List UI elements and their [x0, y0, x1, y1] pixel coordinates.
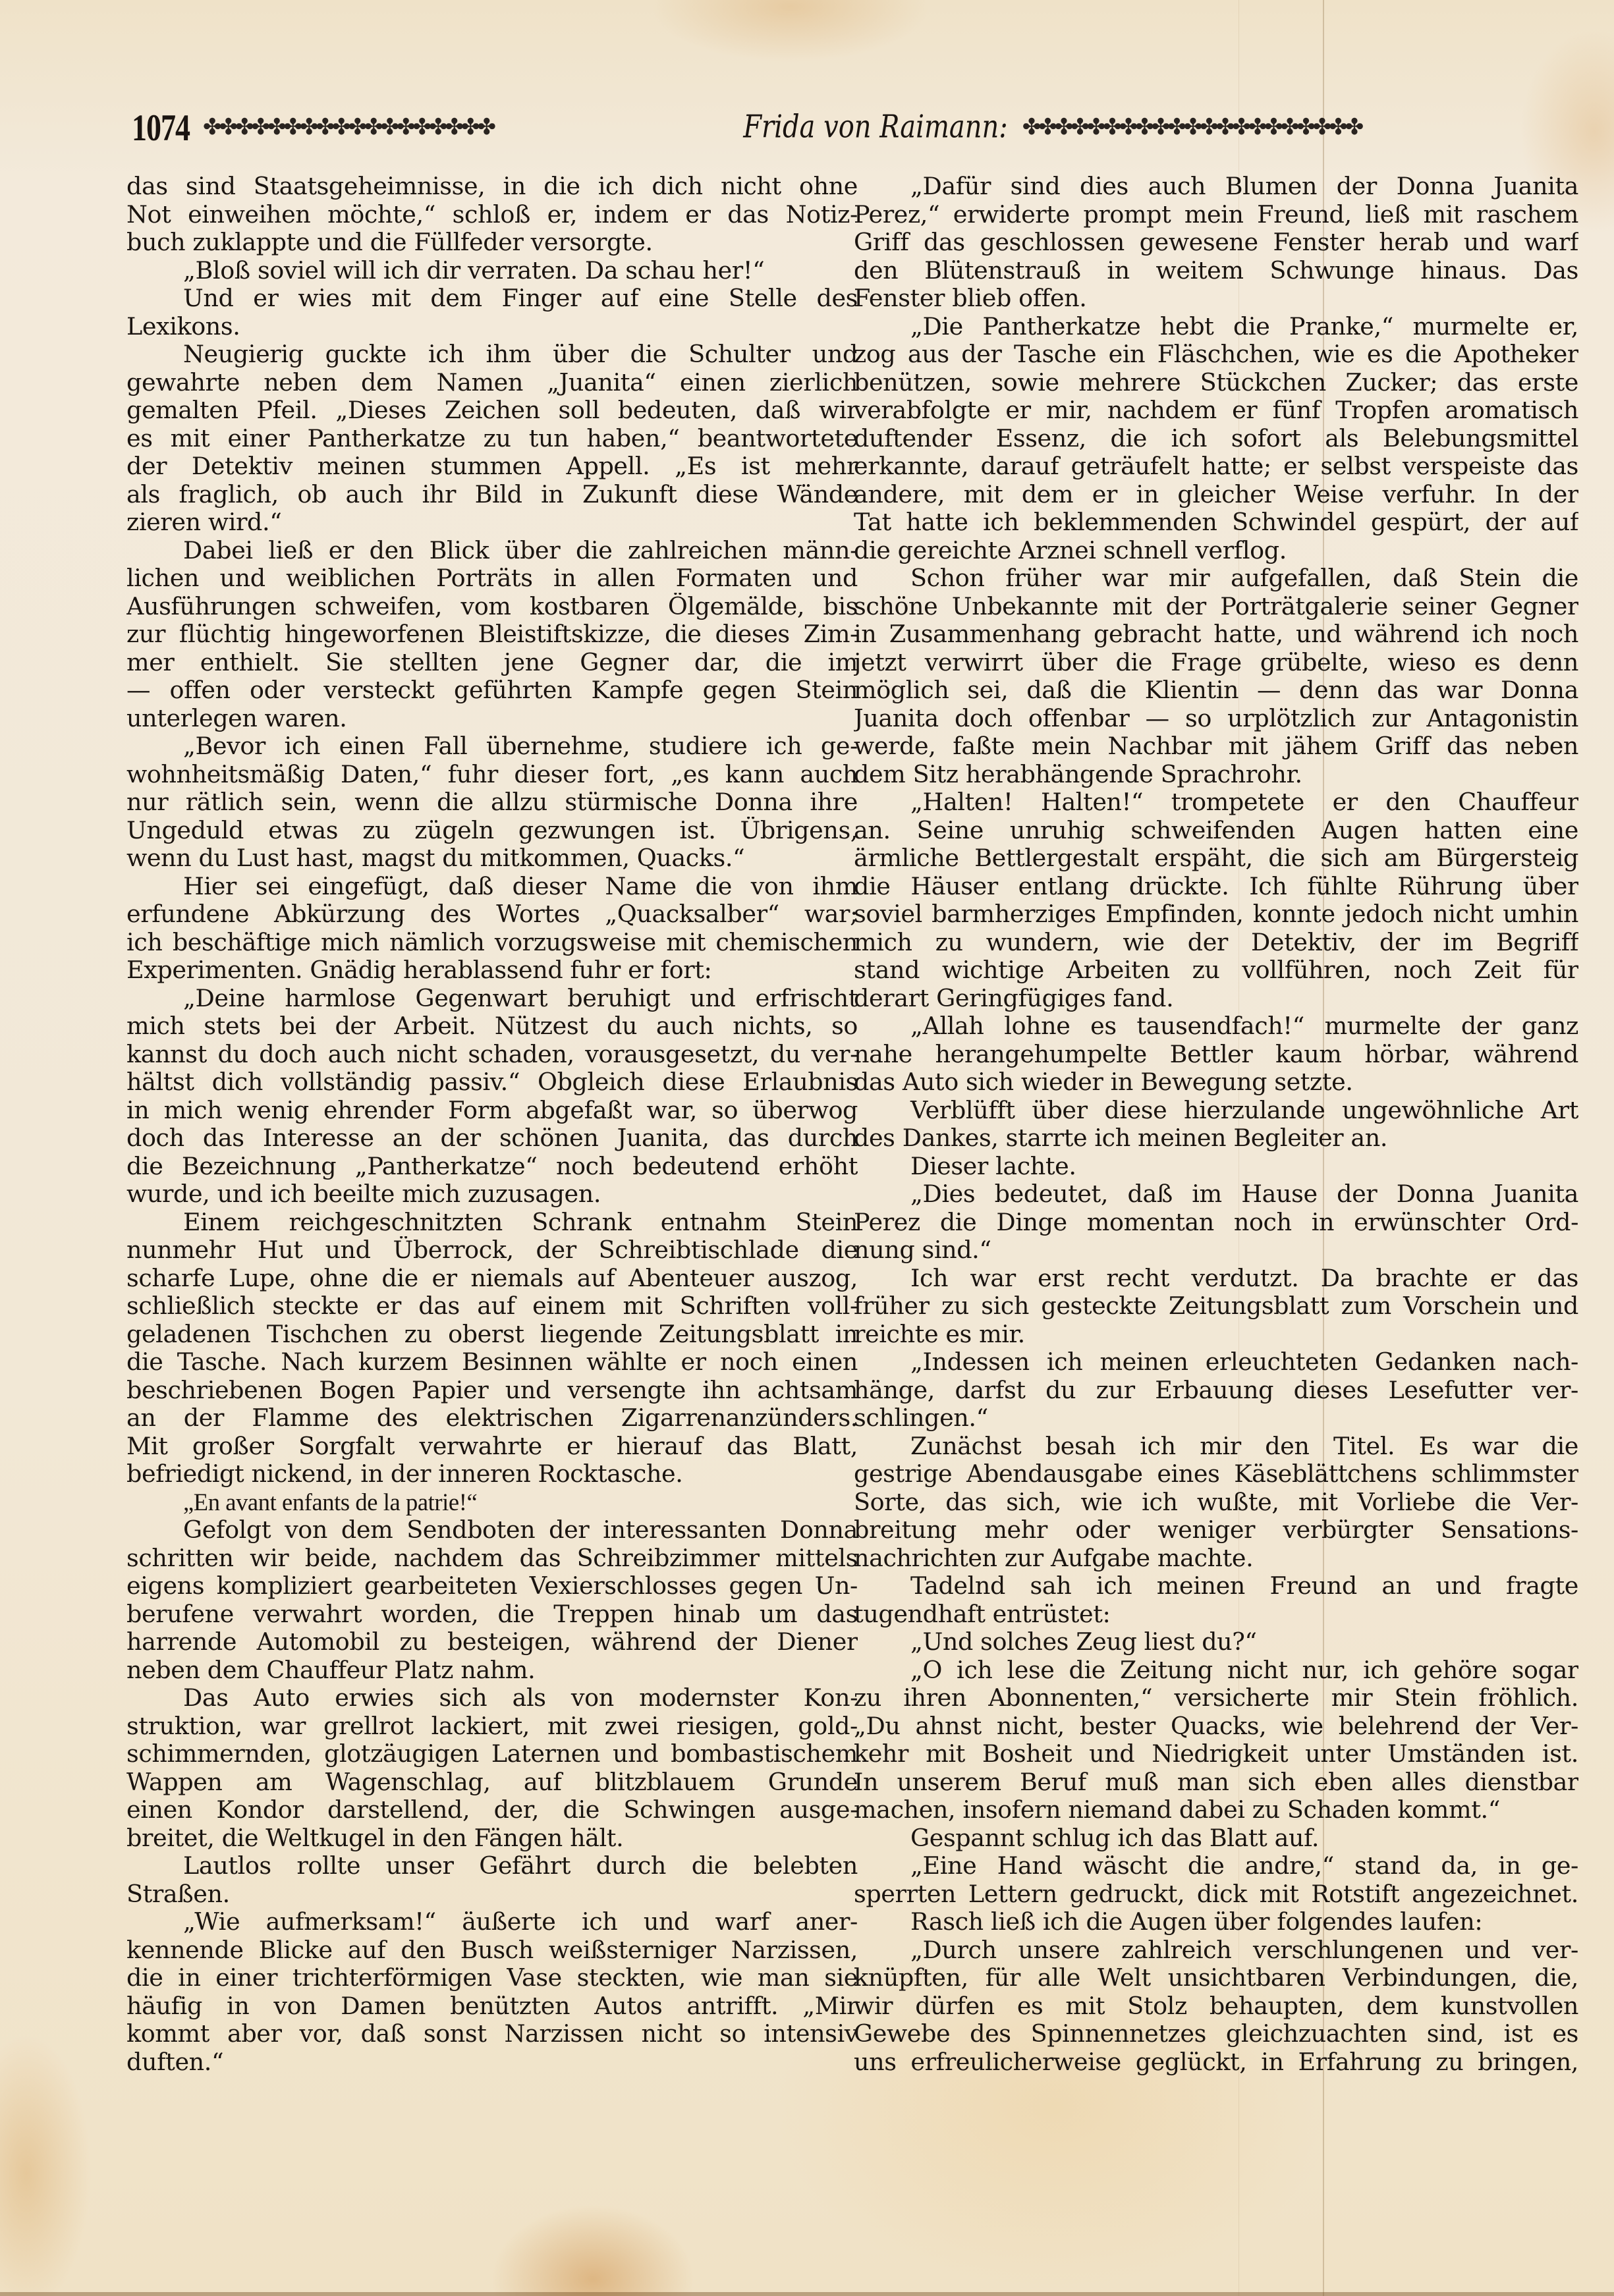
text-line: Dabei ließ er den Blick über die zahlrei… [126, 537, 858, 565]
text-line: „O ich lese die Zeitung nicht nur, ich g… [854, 1656, 1578, 1685]
text-line: eigens kompliziert gearbeiteten Vexiersc… [126, 1572, 858, 1600]
text-column-left: das sind Staatsgeheimnisse, in die ich d… [126, 173, 858, 2076]
flower-ornament-icon: ✤ [235, 114, 252, 140]
flower-ornament-icon: ✤ [1135, 114, 1152, 140]
text-line: Lexikons. [126, 313, 858, 341]
text-line: knüpften, für alle Welt unsichtbaren Ver… [854, 1964, 1578, 1992]
text-line: mer enthielt. Sie stellten jene Gegner d… [126, 649, 858, 677]
text-line: Wappen am Wagenschlag, auf blitzblauem G… [126, 1768, 858, 1797]
text-line: soviel barmherziges Empfinden, konnte je… [854, 900, 1578, 929]
text-line: als fraglich, ob auch ihr Bild in Zukunf… [126, 481, 858, 509]
text-line: reichte es mir. [854, 1321, 1578, 1349]
text-line: mich stets bei der Arbeit. Nützest du au… [126, 1012, 858, 1041]
text-line: Ausführungen schweifen, vom kostbaren Öl… [126, 593, 858, 621]
text-line: die in einer trichterförmigen Vase steck… [126, 1964, 858, 1992]
text-line: an. Seine unruhig schweifenden Augen hat… [854, 817, 1578, 845]
flower-ornament-rule-left: ✤✤✤✤✤✤✤✤✤✤✤✤✤✤✤✤✤✤ [203, 114, 729, 140]
flower-ornament-icon: ✤ [445, 114, 462, 140]
text-line: benützen, sowie mehrere Stückchen Zucker… [854, 369, 1578, 397]
text-line: neben dem Chauffeur Platz nahm. [126, 1656, 858, 1685]
flower-ornament-icon: ✤ [381, 114, 397, 140]
text-line: es mit einer Pantherkatze zu tun haben,“… [126, 425, 858, 453]
text-line: Hier sei eingefügt, daß dieser Name die … [126, 873, 858, 901]
text-line: kannst du doch auch nicht schaden, vorau… [126, 1041, 858, 1069]
text-line: hältst dich vollständig passiv.“ Obgleic… [126, 1068, 858, 1097]
flower-ornament-icon: ✤ [1329, 114, 1345, 140]
text-line: Gespannt schlug ich das Blatt auf. [854, 1824, 1578, 1853]
text-line: zieren wird.“ [126, 508, 858, 537]
text-line: buch zuklappte und die Füllfeder versorg… [126, 229, 858, 257]
text-line: Das Auto erwies sich als von modernster … [126, 1684, 858, 1712]
text-line: erfundene Abkürzung des Wortes „Quacksal… [126, 900, 858, 929]
flower-ornament-icon: ✤ [1264, 114, 1281, 140]
flower-ornament-icon: ✤ [267, 114, 284, 140]
text-line: kennende Blicke auf den Busch weißsterni… [126, 1936, 858, 1965]
text-line: befriedigt nickend, in der inneren Rockt… [126, 1460, 858, 1489]
text-line: unterlegen waren. [126, 705, 858, 733]
flower-ornament-icon: ✤ [1087, 114, 1103, 140]
text-line: stand wichtige Arbeiten zu vollführen, n… [854, 956, 1578, 985]
flower-ornament-icon: ✤ [1200, 114, 1216, 140]
text-line: breitung mehr oder weniger verbürgter Se… [854, 1516, 1578, 1544]
text-line: „Indessen ich meinen erleuchteten Gedank… [854, 1348, 1578, 1377]
text-line: Experimenten. Gnädig herablassend fuhr e… [126, 956, 858, 985]
flower-ornament-icon: ✤ [1167, 114, 1184, 140]
text-line: der Detektiv meinen stummen Appell. „Es … [126, 452, 858, 481]
text-line: möglich sei, daß die Klientin — denn das… [854, 676, 1578, 705]
text-line: „Dafür sind dies auch Blumen der Donna J… [854, 173, 1578, 201]
flower-ornament-icon: ✤ [332, 114, 348, 140]
flower-ornament-icon: ✤ [348, 114, 365, 140]
text-line: „En avant enfants de la patrie!“ [126, 1489, 858, 1517]
text-line: „Deine harmlose Gegenwart beruhigt und e… [126, 985, 858, 1013]
flower-ornament-icon: ✤ [1248, 114, 1265, 140]
text-line: „Bloß soviel will ich dir verraten. Da s… [126, 257, 858, 285]
text-line: zu ihren Abonnenten,“ versicherte mir St… [854, 1684, 1578, 1712]
text-line: die Bezeichnung „Pantherkatze“ noch bede… [126, 1153, 858, 1181]
text-line: verabfolgte er mir, nachdem er fünf Trop… [854, 396, 1578, 425]
running-title: Frida von Raimann: [743, 109, 1007, 145]
text-line: ich beschäftige mich nämlich vorzugsweis… [126, 929, 858, 957]
flower-ornament-icon: ✤ [1296, 114, 1313, 140]
text-line: uns erfreulicherweise geglückt, in Erfah… [854, 2048, 1578, 2077]
flower-ornament-icon: ✤ [1216, 114, 1233, 140]
text-line: lichen und weiblichen Porträts in allen … [126, 564, 858, 593]
text-line: nung sind.“ [854, 1236, 1578, 1265]
text-line: nunmehr Hut und Überrock, der Schreibtis… [126, 1236, 858, 1265]
text-line: „Durch unsere zahlreich verschlungenen u… [854, 1936, 1578, 1965]
text-line: geladenen Tischchen zu oberst liegende Z… [126, 1321, 858, 1349]
text-line: Fenster blieb offen. [854, 285, 1578, 313]
text-line: nachrichten zur Aufgabe machte. [854, 1544, 1578, 1573]
flower-ornament-icon: ✤ [1184, 114, 1200, 140]
text-line: an der Flamme des elektrischen Zigarrena… [126, 1404, 858, 1433]
text-line: den Blütenstrauß in weitem Schwunge hina… [854, 257, 1578, 285]
text-line: scharfe Lupe, ohne die er niemals auf Ab… [126, 1265, 858, 1293]
flower-ornament-icon: ✤ [413, 114, 430, 140]
text-line: Dieser lachte. [854, 1153, 1578, 1181]
text-line: Gewebe des Spinnennetzes gleichzuachten … [854, 2020, 1578, 2048]
text-line: Gefolgt von dem Sendboten der interessan… [126, 1516, 858, 1544]
flower-ornament-icon: ✤ [1281, 114, 1297, 140]
text-line: des Dankes, starrte ich meinen Begleiter… [854, 1124, 1578, 1153]
text-line: in mich wenig ehrender Form abgefaßt war… [126, 1097, 858, 1125]
text-line: derart Geringfügiges fand. [854, 985, 1578, 1013]
text-line: „Allah lohne es tausendfach!“ murmelte d… [854, 1012, 1578, 1041]
flower-ornament-icon: ✤ [478, 114, 494, 140]
text-line: jetzt verwirrt über die Frage grübelte, … [854, 649, 1578, 677]
text-line: „Bevor ich einen Fall übernehme, studier… [126, 732, 858, 761]
text-line: die gereichte Arznei schnell verflog. [854, 537, 1578, 565]
flower-ornament-icon: ✤ [1152, 114, 1168, 140]
text-line: Straßen. [126, 1880, 858, 1909]
text-line: Einem reichgeschnitzten Schrank entnahm … [126, 1209, 858, 1237]
text-line: mich zu wundern, wie der Detektiv, der i… [854, 929, 1578, 957]
text-line: schöne Unbekannte mit der Porträtgalerie… [854, 593, 1578, 621]
text-line: Griff das geschlossen gewesene Fenster h… [854, 229, 1578, 257]
text-line: Sorte, das sich, wie ich wußte, mit Vorl… [854, 1489, 1578, 1517]
text-column-right: „Dafür sind dies auch Blumen der Donna J… [854, 173, 1578, 2076]
text-line: Tadelnd sah ich meinen Freund an und fra… [854, 1572, 1578, 1600]
text-line: das sind Staatsgeheimnisse, in die ich d… [126, 173, 858, 201]
text-line: schritten wir beide, nachdem das Schreib… [126, 1544, 858, 1573]
flower-ornament-icon: ✤ [1055, 114, 1071, 140]
text-line: früher zu sich gesteckte Zeitungsblatt z… [854, 1292, 1578, 1321]
text-line: „Die Pantherkatze hebt die Pranke,“ murm… [854, 313, 1578, 341]
text-line: das Auto sich wieder in Bewegung setzte. [854, 1068, 1578, 1097]
text-line: harrende Automobil zu besteigen, während… [126, 1628, 858, 1656]
running-header: 1074 ✤✤✤✤✤✤✤✤✤✤✤✤✤✤✤✤✤✤ Frida von Raiman… [132, 104, 1548, 150]
text-line: Rasch ließ ich die Augen über folgendes … [854, 1908, 1578, 1936]
flower-ornament-icon: ✤ [1345, 114, 1362, 140]
flower-ornament-icon: ✤ [461, 114, 478, 140]
text-line: schimmernden, glotzäugigen Laternen und … [126, 1740, 858, 1768]
text-line: nur rätlich sein, wenn die allzu stürmis… [126, 788, 858, 817]
flower-ornament-icon: ✤ [316, 114, 333, 140]
text-line: wir dürfen es mit Stolz behaupten, dem k… [854, 1992, 1578, 2021]
text-line: „Wie aufmerksam!“ äußerte ich und warf a… [126, 1908, 858, 1936]
text-line: machen, insofern niemand dabei zu Schade… [854, 1796, 1578, 1824]
text-line: einen Kondor darstellend, der, die Schwi… [126, 1796, 858, 1824]
page-edge [0, 2292, 1614, 2296]
text-line: Ungeduld etwas zu zügeln gezwungen ist. … [126, 817, 858, 845]
text-line: „Halten! Halten!“ trompetete er den Chau… [854, 788, 1578, 817]
text-line: Not einweihen möchte,“ schloß er, indem … [126, 201, 858, 229]
scanned-page: 1074 ✤✤✤✤✤✤✤✤✤✤✤✤✤✤✤✤✤✤ Frida von Raiman… [0, 0, 1614, 2296]
text-line: wenn du Lust hast, magst du mitkommen, Q… [126, 844, 858, 873]
text-line: Und er wies mit dem Finger auf eine Stel… [126, 285, 858, 313]
flower-ornament-icon: ✤ [1022, 114, 1039, 140]
text-line: gemalten Pfeil. „Dieses Zeichen soll bed… [126, 396, 858, 425]
text-line: doch das Interesse an der schönen Juanit… [126, 1124, 858, 1153]
flower-ornament-icon: ✤ [364, 114, 381, 140]
text-line: andere, mit dem er in gleicher Weise ver… [854, 481, 1578, 509]
flower-ornament-icon: ✤ [1103, 114, 1119, 140]
flower-ornament-icon: ✤ [1313, 114, 1329, 140]
text-line: Perez die Dinge momentan noch in erwünsc… [854, 1209, 1578, 1237]
text-line: Tat hatte ich beklemmenden Schwindel ges… [854, 508, 1578, 537]
text-line: erkannte, darauf geträufelt hatte; er se… [854, 452, 1578, 481]
text-line: wurde, und ich beeilte mich zuzusagen. [126, 1180, 858, 1209]
text-line: die Häuser entlang drückte. Ich fühlte R… [854, 873, 1578, 901]
text-line: — offen oder versteckt geführten Kampfe … [126, 676, 858, 705]
text-line: gewahrte neben dem Namen „Juanita“ einen… [126, 369, 858, 397]
page-number: 1074 [132, 105, 190, 149]
text-line: berufene verwahrt worden, die Treppen hi… [126, 1600, 858, 1629]
text-line: „Und solches Zeug liest du?“ [854, 1628, 1578, 1656]
flower-ornament-icon: ✤ [252, 114, 268, 140]
flower-ornament-icon: ✤ [219, 114, 236, 140]
text-line: „Eine Hand wäscht die andre,“ stand da, … [854, 1852, 1578, 1880]
text-line: schließlich steckte er das auf einem mit… [126, 1292, 858, 1321]
text-line: duftender Essenz, die ich sofort als Bel… [854, 425, 1578, 453]
text-line: wohnheitsmäßig Daten,“ fuhr dieser fort,… [126, 761, 858, 789]
text-line: Neugierig guckte ich ihm über die Schult… [126, 341, 858, 369]
text-line: Perez,“ erwiderte prompt mein Freund, li… [854, 201, 1578, 229]
text-line: Schon früher war mir aufgefallen, daß St… [854, 564, 1578, 593]
text-line: Zunächst besah ich mir den Titel. Es war… [854, 1433, 1578, 1461]
text-line: Juanita doch offenbar — so urplötzlich z… [854, 705, 1578, 733]
text-line: zog aus der Tasche ein Fläschchen, wie e… [854, 341, 1578, 369]
flower-ornament-icon: ✤ [203, 114, 219, 140]
text-line: Verblüfft über diese hierzulande ungewöh… [854, 1097, 1578, 1125]
text-line: breitet, die Weltkugel in den Fängen häl… [126, 1824, 858, 1853]
text-line: struktion, war grellrot lackiert, mit zw… [126, 1712, 858, 1741]
flower-ornament-rule-right: ✤✤✤✤✤✤✤✤✤✤✤✤✤✤✤✤✤✤✤✤✤ [1022, 114, 1548, 140]
text-line: dem Sitz herabhängende Sprachrohr. [854, 761, 1578, 789]
text-line: kehr mit Bosheit und Niedrigkeit unter U… [854, 1740, 1578, 1768]
text-line: nahe herangehumpelte Bettler kaum hörbar… [854, 1041, 1578, 1069]
flower-ornament-icon: ✤ [300, 114, 316, 140]
text-line: schlingen.“ [854, 1404, 1578, 1433]
text-line: häufig in von Damen benützten Autos antr… [126, 1992, 858, 2021]
text-line: sperrten Lettern gedruckt, dick mit Rots… [854, 1880, 1578, 1909]
flower-ornament-icon: ✤ [1232, 114, 1248, 140]
text-line: „Dies bedeutet, daß im Hause der Donna J… [854, 1180, 1578, 1209]
text-line: In unserem Beruf muß man sich eben alles… [854, 1768, 1578, 1797]
text-line: kommt aber vor, daß sonst Narzissen nich… [126, 2020, 858, 2048]
flower-ornament-icon: ✤ [397, 114, 413, 140]
text-line: die Tasche. Nach kurzem Besinnen wählte … [126, 1348, 858, 1377]
text-line: gestrige Abendausgabe eines Käseblättche… [854, 1460, 1578, 1489]
text-line: Mit großer Sorgfalt verwahrte er hierauf… [126, 1433, 858, 1461]
text-line: Ich war erst recht verdutzt. Da brachte … [854, 1265, 1578, 1293]
flower-ornament-icon: ✤ [1071, 114, 1087, 140]
text-line: Lautlos rollte unser Gefährt durch die b… [126, 1852, 858, 1880]
text-line: ärmliche Bettlergestalt erspäht, die sic… [854, 844, 1578, 873]
flower-ornament-icon: ✤ [1119, 114, 1136, 140]
text-line: „Du ahnst nicht, bester Quacks, wie bele… [854, 1712, 1578, 1741]
text-line: hänge, darfst du zur Erbauung dieses Les… [854, 1377, 1578, 1405]
text-line: duften.“ [126, 2048, 858, 2077]
text-line: in Zusammenhang gebracht hatte, und währ… [854, 620, 1578, 649]
flower-ornament-icon: ✤ [284, 114, 300, 140]
text-line: beschriebenen Bogen Papier und versengte… [126, 1377, 858, 1405]
text-line: zur flüchtig hingeworfenen Bleistiftskiz… [126, 620, 858, 649]
flower-ornament-icon: ✤ [429, 114, 445, 140]
text-line: werde, faßte mein Nachbar mit jähem Grif… [854, 732, 1578, 761]
flower-ornament-icon: ✤ [1038, 114, 1055, 140]
text-line: tugendhaft entrüstet: [854, 1600, 1578, 1629]
